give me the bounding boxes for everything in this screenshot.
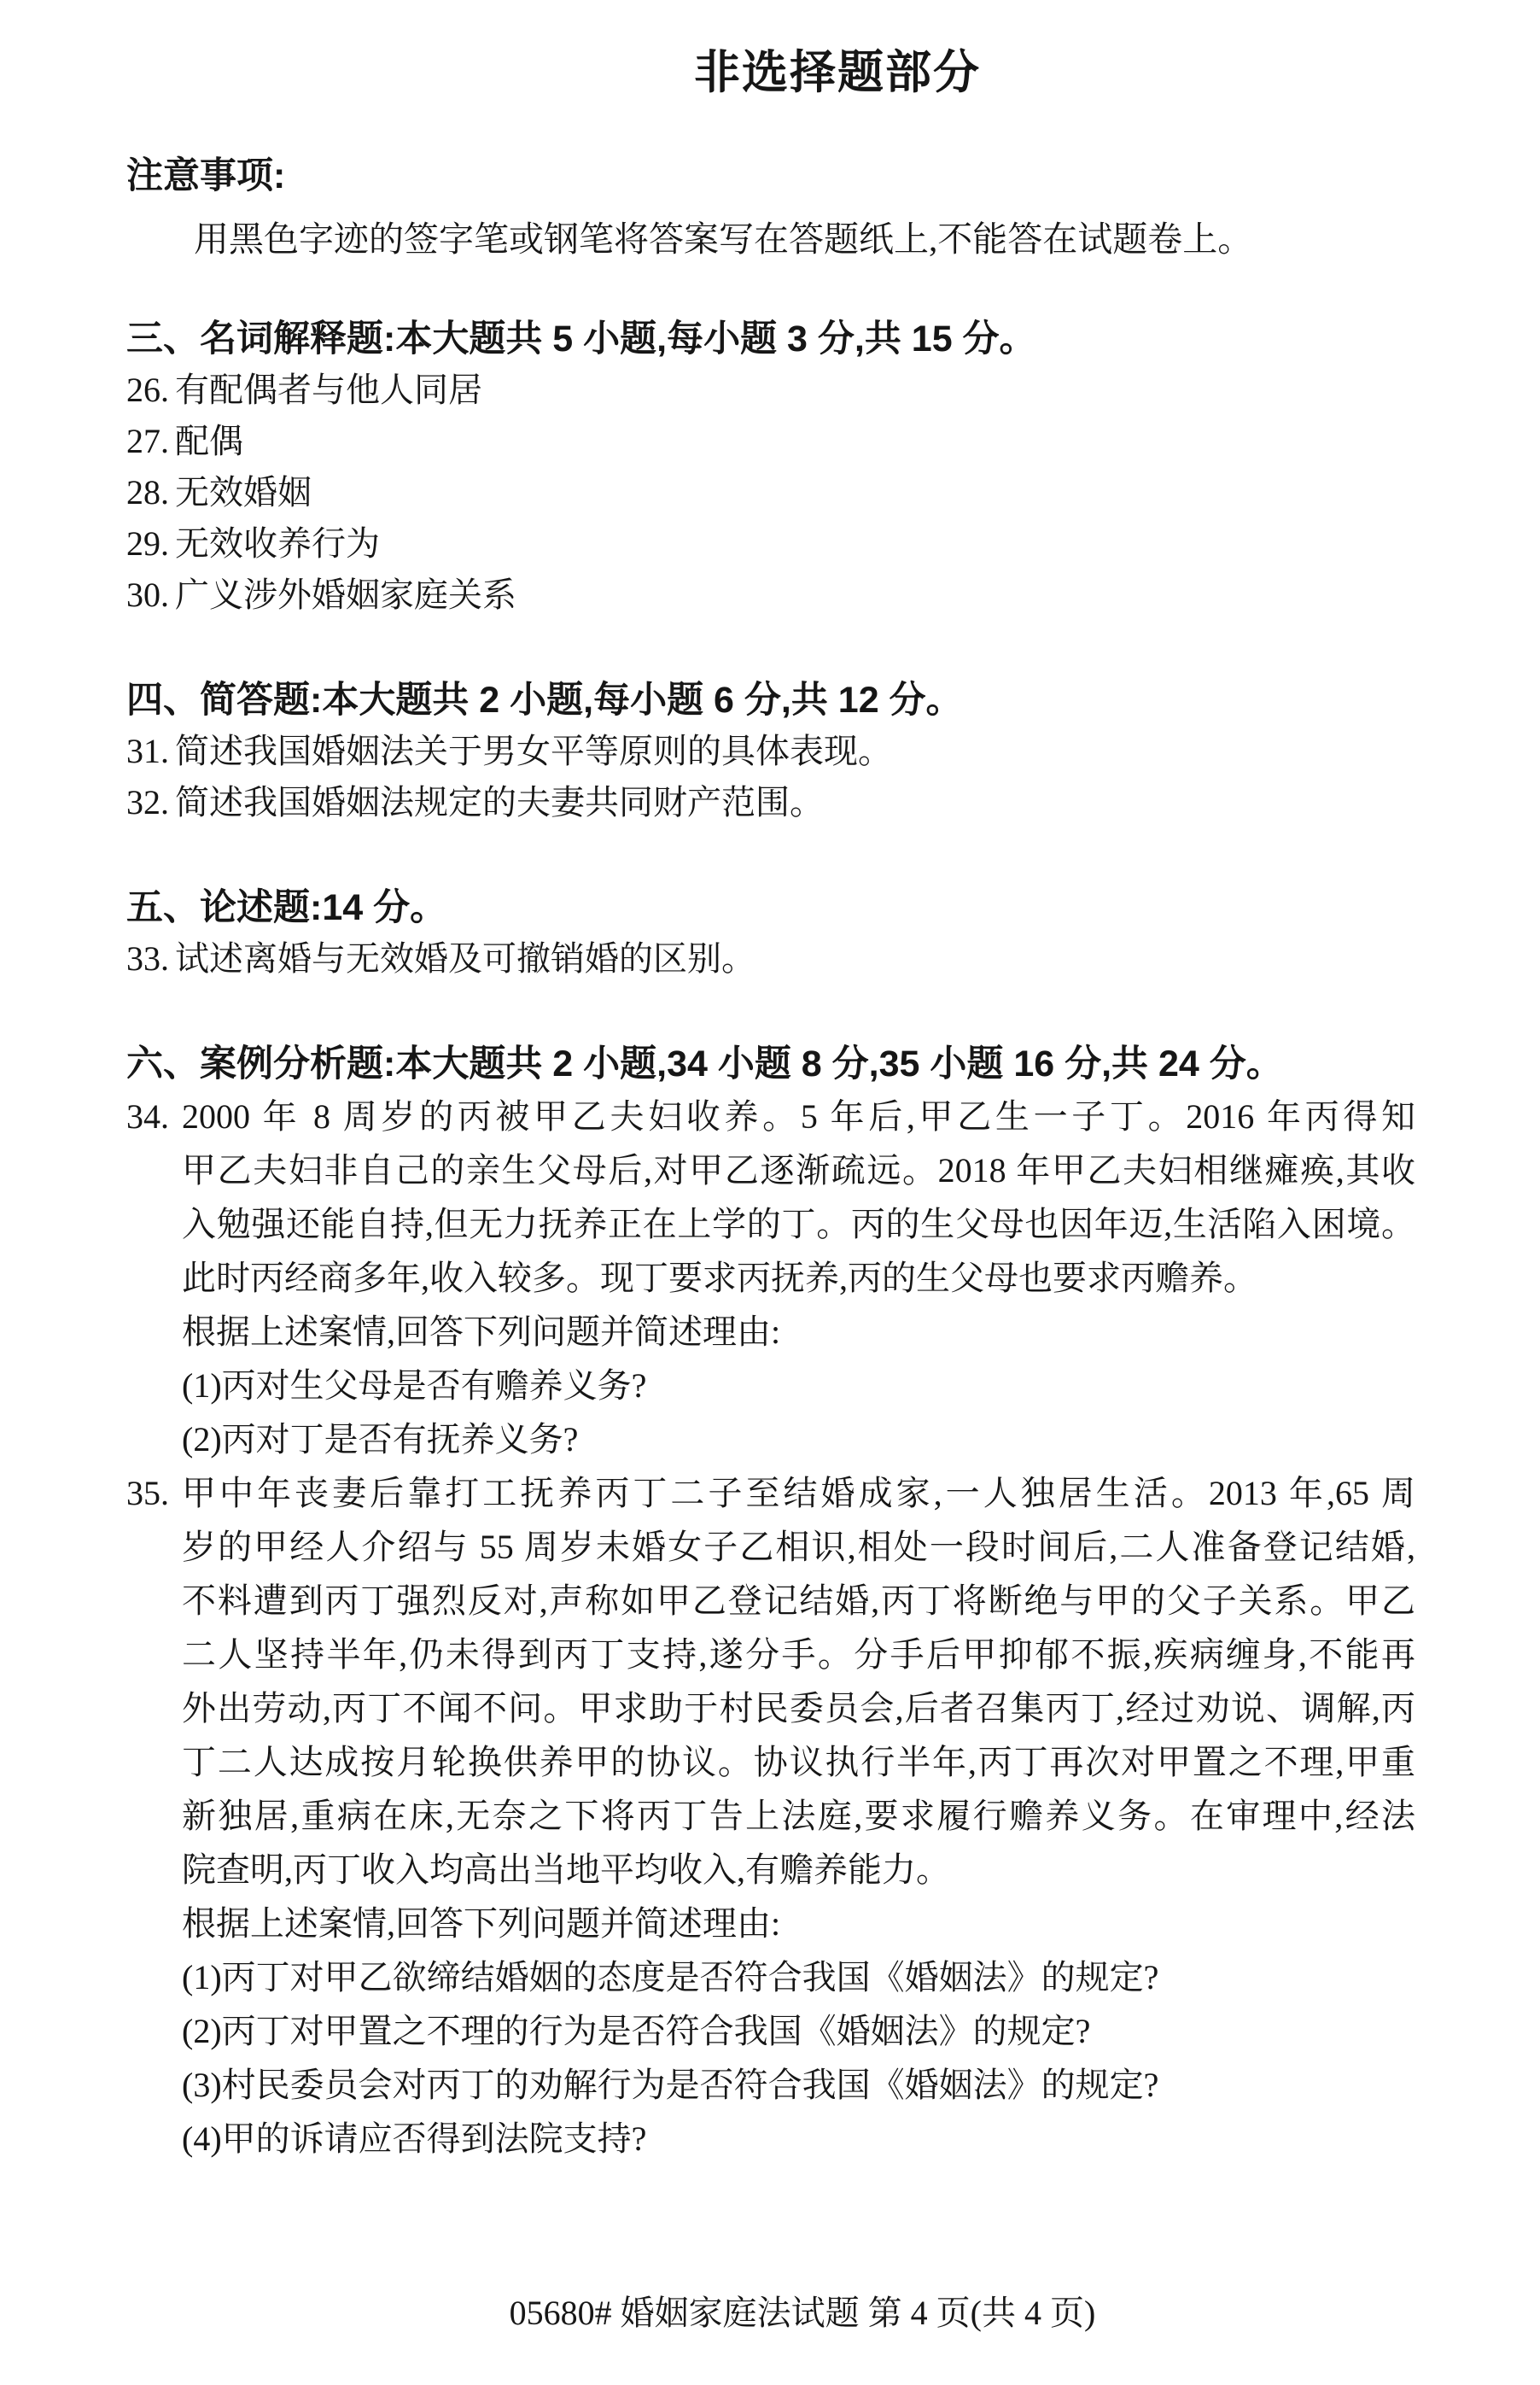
case-34: 34. 2000 年 8 周岁的丙被甲乙夫妇收养。5 年后,甲乙生一子丁。201… xyxy=(126,1090,1415,1466)
item-text: 无效收养行为 xyxy=(175,524,380,563)
case-34-body: 2000 年 8 周岁的丙被甲乙夫妇收养。5 年后,甲乙生一子丁。2016 年丙… xyxy=(182,1090,1415,1305)
list-item: 30.广义涉外婚姻家庭关系 xyxy=(126,570,1415,621)
case-question: (2)丙对丁是否有抚养义务? xyxy=(182,1412,1415,1466)
case-34-prompt: 根据上述案情,回答下列问题并简述理由: xyxy=(182,1305,1415,1359)
list-item: 32.简述我国婚姻法规定的夫妻共同财产范围。 xyxy=(126,777,1415,828)
item-number: 29. xyxy=(126,518,175,570)
notice-text: 用黑色字迹的签字笔或钢笔将答案写在答题纸上,不能答在试题卷上。 xyxy=(126,213,1415,265)
case-question: (1)丙对生父母是否有赡养义务? xyxy=(182,1359,1415,1412)
item-text: 简述我国婚姻法关于男女平等原则的具体表现。 xyxy=(175,732,892,770)
case-34-questions: (1)丙对生父母是否有赡养义务? (2)丙对丁是否有抚养义务? xyxy=(182,1359,1415,1466)
case-question: (2)丙丁对甲置之不理的行为是否符合我国《婚姻法》的规定? xyxy=(182,2004,1415,2058)
section-4-items: 31.简述我国婚姻法关于男女平等原则的具体表现。 32.简述我国婚姻法规定的夫妻… xyxy=(126,726,1415,828)
item-text: 广义涉外婚姻家庭关系 xyxy=(175,576,516,614)
list-item: 31.简述我国婚姻法关于男女平等原则的具体表现。 xyxy=(126,726,1415,777)
item-number: 26. xyxy=(126,365,175,416)
list-item: 26.有配偶者与他人同居 xyxy=(126,365,1415,416)
case-body-line: 外出劳动,丙丁不闻不问。甲求助于村民委员会,后者召集丙丁,经过劝说、调解,丙 xyxy=(182,1681,1415,1735)
case-body-line: 岁的甲经人介绍与 55 周岁未婚女子乙相识,相处一段时间后,二人准备登记结婚, xyxy=(182,1520,1415,1574)
section-4-heading: 四、简答题:本大题共 2 小题,每小题 6 分,共 12 分。 xyxy=(126,675,1415,726)
case-35: 35. 甲中年丧妻后靠打工抚养丙丁二子至结婚成家,一人独居生活。2013 年,6… xyxy=(126,1466,1415,2166)
section-6-heading: 六、案例分析题:本大题共 2 小题,34 小题 8 分,35 小题 16 分,共… xyxy=(126,1038,1415,1090)
case-35-prompt: 根据上述案情,回答下列问题并简述理由: xyxy=(182,1897,1415,1950)
case-question: (4)甲的诉请应否得到法院支持? xyxy=(182,2112,1415,2166)
item-text: 试述离婚与无效婚及可撤销婚的区别。 xyxy=(175,939,755,978)
item-number: 27. xyxy=(126,416,175,467)
case-body-line: 新独居,重病在床,无奈之下将丙丁告上法庭,要求履行赡养义务。在审理中,经法 xyxy=(182,1789,1415,1843)
page-content: 非选择题部分 注意事项: 用黑色字迹的签字笔或钢笔将答案写在答题纸上,不能答在试… xyxy=(0,0,1540,2166)
list-item: 29.无效收养行为 xyxy=(126,518,1415,570)
section-5-heading: 五、论述题:14 分。 xyxy=(126,882,1415,933)
case-number: 34. xyxy=(126,1090,169,1143)
list-item: 33.试述离婚与无效婚及可撤销婚的区别。 xyxy=(126,933,1415,985)
item-number: 32. xyxy=(126,777,175,828)
page-footer: 05680# 婚姻家庭法试题 第 4 页(共 4 页) xyxy=(0,2290,1540,2336)
section-3-items: 26.有配偶者与他人同居 27.配偶 28.无效婚姻 29.无效收养行为 30.… xyxy=(126,365,1415,621)
item-number: 28. xyxy=(126,467,175,518)
case-question: (1)丙丁对甲乙欲缔结婚姻的态度是否符合我国《婚姻法》的规定? xyxy=(182,1950,1415,2004)
case-number: 35. xyxy=(126,1466,169,1520)
item-number: 30. xyxy=(126,570,175,621)
page-footer-text: 05680# 婚姻家庭法试题 第 4 页(共 4 页) xyxy=(510,2294,1096,2332)
case-question: (3)村民委员会对丙丁的劝解行为是否符合我国《婚姻法》的规定? xyxy=(182,2058,1415,2112)
list-item: 28.无效婚姻 xyxy=(126,467,1415,518)
case-body-line: 甲中年丧妻后靠打工抚养丙丁二子至结婚成家,一人独居生活。2013 年,65 周 xyxy=(182,1466,1415,1520)
case-body-line: 丁二人达成按月轮换供养甲的协议。协议执行半年,丙丁再次对甲置之不理,甲重 xyxy=(182,1735,1415,1789)
list-item: 27.配偶 xyxy=(126,416,1415,467)
case-35-body: 甲中年丧妻后靠打工抚养丙丁二子至结婚成家,一人独居生活。2013 年,65 周 … xyxy=(182,1466,1415,1897)
case-body-line: 二人坚持半年,仍未得到丙丁支持,遂分手。分手后甲抑郁不振,疾病缠身,不能再 xyxy=(182,1628,1415,1681)
case-35-questions: (1)丙丁对甲乙欲缔结婚姻的态度是否符合我国《婚姻法》的规定? (2)丙丁对甲置… xyxy=(182,1950,1415,2166)
case-body-line: 此时丙经商多年,收入较多。现丁要求丙抚养,丙的生父母也要求丙赡养。 xyxy=(182,1251,1415,1305)
page-title: 非选择题部分 xyxy=(193,44,1482,101)
case-body-line: 2000 年 8 周岁的丙被甲乙夫妇收养。5 年后,甲乙生一子丁。2016 年丙… xyxy=(182,1090,1415,1143)
item-text: 有配偶者与他人同居 xyxy=(175,371,482,409)
item-text: 配偶 xyxy=(175,422,243,460)
item-text: 无效婚姻 xyxy=(175,473,312,511)
exam-page: 非选择题部分 注意事项: 用黑色字迹的签字笔或钢笔将答案写在答题纸上,不能答在试… xyxy=(0,0,1540,2385)
section-5-items: 33.试述离婚与无效婚及可撤销婚的区别。 xyxy=(126,933,1415,985)
case-body-line: 甲乙夫妇非自己的亲生父母后,对甲乙逐渐疏远。2018 年甲乙夫妇相继瘫痪,其收 xyxy=(182,1143,1415,1197)
item-number: 31. xyxy=(126,726,175,777)
section-3-heading: 三、名词解释题:本大题共 5 小题,每小题 3 分,共 15 分。 xyxy=(126,313,1415,365)
case-body-line: 院查明,丙丁收入均高出当地平均收入,有赡养能力。 xyxy=(182,1843,1415,1897)
case-body-line: 不料遭到丙丁强烈反对,声称如甲乙登记结婚,丙丁将断绝与甲的父子关系。甲乙 xyxy=(182,1574,1415,1628)
notice-label: 注意事项: xyxy=(126,150,1415,202)
item-text: 简述我国婚姻法规定的夫妻共同财产范围。 xyxy=(175,783,824,821)
case-body-line: 入勉强还能自持,但无力抚养正在上学的丁。丙的生父母也因年迈,生活陷入困境。 xyxy=(182,1197,1415,1251)
item-number: 33. xyxy=(126,933,175,985)
